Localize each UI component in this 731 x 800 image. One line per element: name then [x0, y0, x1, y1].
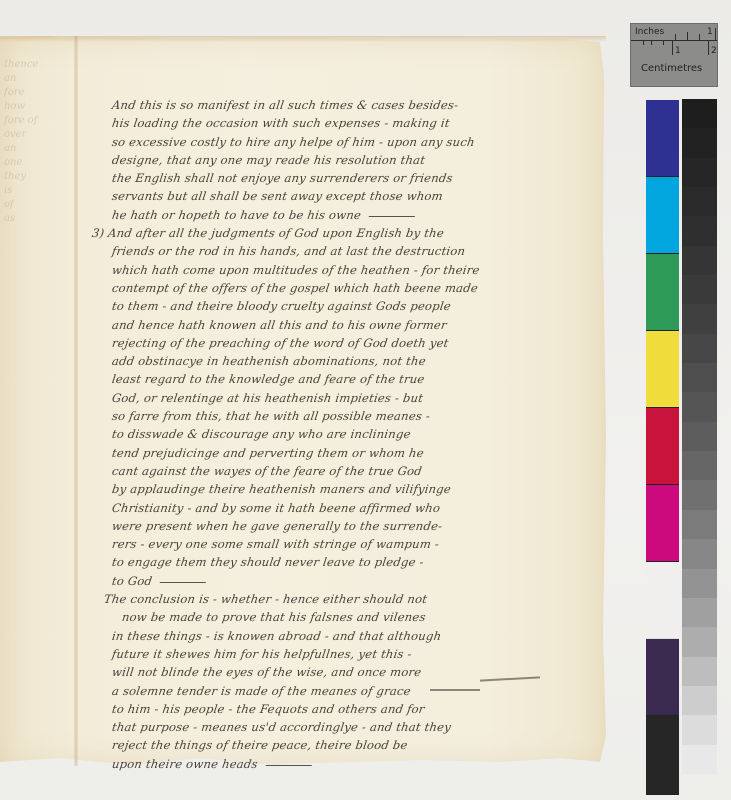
ruler-cm-2: 2 [711, 46, 717, 56]
text-line: Christianity - and by some it hath beene… [111, 499, 609, 517]
text-line: God, or relentinge at his heathenish imp… [111, 389, 609, 407]
color-patch-red [646, 408, 679, 485]
text-line: by applaudinge theire heathenish maners … [111, 480, 609, 498]
paper-edge-stain [0, 36, 606, 42]
ghost-text-line: an [4, 142, 70, 156]
grayscale-step [682, 187, 717, 216]
text-line: upon theire owne heads [111, 755, 609, 773]
ghost-text-line: one [4, 156, 70, 170]
text-line: tend prejudicinge and perverting them or… [111, 444, 609, 462]
ghost-text-line: an [4, 72, 70, 86]
color-patch-yellow [646, 331, 679, 408]
color-patch-cyan [646, 177, 679, 254]
grayscale-step [682, 216, 717, 245]
grayscale-step [682, 745, 717, 774]
grayscale-step [682, 539, 717, 568]
color-patch-white [646, 562, 679, 639]
text-line: to disswade & discourage any who are inc… [111, 425, 609, 443]
grayscale-step [682, 451, 717, 480]
text-line: to God [111, 572, 609, 590]
grayscale-step [682, 627, 717, 656]
grayscale-step [682, 392, 717, 421]
ruler-inch-tick-label: 1 [707, 27, 713, 37]
text-line: future it shewes him for his helpfullnes… [111, 645, 609, 663]
text-line: cant against the wayes of the feare of t… [111, 462, 609, 480]
ruler-tick [663, 41, 664, 45]
grayscale-step [682, 158, 717, 187]
ruler-tick [715, 28, 716, 40]
text-line: designe, that any one may reade his reso… [111, 151, 609, 169]
manuscript-text: And this is so manifest in all such time… [112, 96, 607, 773]
ghost-text-line: they [4, 170, 70, 184]
left-page-bleedthrough: thenceanforehowfore ofoveranonetheyisofa… [4, 58, 70, 278]
text-line: to engage them they should never leave t… [111, 553, 609, 571]
color-patch-magenta [646, 485, 679, 562]
grayscale-step [682, 480, 717, 509]
text-line: were present when he gave generally to t… [111, 517, 609, 535]
text-line: he hath or hopeth to have to be his owne [111, 206, 609, 224]
closing-flourish [430, 689, 480, 691]
color-patch-column [646, 100, 679, 795]
grayscale-step [682, 422, 717, 451]
text-line: now be made to prove that his falsnes an… [111, 608, 609, 626]
ruler-tick [675, 34, 676, 40]
ruler-tick [699, 34, 700, 40]
grayscale-step [682, 686, 717, 715]
grayscale-step [682, 363, 717, 392]
text-line: a solemne tender is made of the meanes o… [111, 682, 609, 700]
text-line: so excessive costly to hire any helpe of… [111, 133, 609, 151]
text-line: to him - his people - the Fequots and ot… [111, 700, 609, 718]
grayscale-step [682, 99, 717, 128]
text-line: And this is so manifest in all such time… [111, 96, 609, 114]
text-line: in these things - is knowen abroad - and… [111, 627, 609, 645]
text-line: and hence hath knowen all this and to hi… [111, 316, 609, 334]
ghost-text-line: as [4, 212, 70, 226]
text-line: contempt of the offers of the gospel whi… [111, 279, 609, 297]
grayscale-step [682, 657, 717, 686]
ruler-tick [708, 41, 709, 55]
paragraph-3-start: 3) And after all the judgments of God up… [91, 224, 609, 242]
grayscale-step [682, 275, 717, 304]
ruler-inches-label: Inches [635, 27, 664, 37]
ghost-text-line: over [4, 128, 70, 142]
text-line: rejecting of the preaching of the word o… [111, 334, 609, 352]
text-line: which hath come upon multitudes of the h… [111, 261, 609, 279]
ruler-tick [687, 32, 688, 40]
ghost-text-line: fore of [4, 114, 70, 128]
text-line: the English shall not enjoye any surrend… [111, 169, 609, 187]
color-patch-green [646, 254, 679, 331]
grayscale-step [682, 304, 717, 333]
grayscale-step [682, 598, 717, 627]
text-line: servants but all shall be sent away exce… [111, 187, 609, 205]
color-patch-purple [646, 639, 679, 716]
paper-fold-gutter [74, 36, 78, 766]
grayscale-step [682, 128, 717, 157]
ruler-centimetres-label: Centimetres [641, 64, 702, 74]
grayscale-step [682, 334, 717, 363]
ruler-tick [672, 41, 673, 55]
grayscale-step [682, 569, 717, 598]
measurement-ruler: Inches 1 1 2 Centimetres [630, 23, 718, 87]
text-line: so farre from this, that he with all pos… [111, 407, 609, 425]
ruler-cm-1: 1 [675, 46, 681, 56]
ghost-text-line: is [4, 184, 70, 198]
conclusion-start: The conclusion is - whether - hence eith… [103, 590, 609, 608]
text-line: that purpose - meanes us'd accordinglye … [111, 718, 609, 736]
text-line: add obstinacye in heathenish abomination… [111, 352, 609, 370]
grayscale-strip [682, 99, 717, 774]
color-patch-blue [646, 100, 679, 177]
color-patch-black [646, 716, 679, 795]
ghost-text-line: fore [4, 86, 70, 100]
text-line: friends or the rod in his hands, and at … [111, 242, 609, 260]
ghost-text-line: thence [4, 58, 70, 72]
ruler-tick [643, 41, 644, 45]
ghost-text-line: of [4, 198, 70, 212]
text-line: his loading the occasion with such expen… [111, 114, 609, 132]
grayscale-step [682, 246, 717, 275]
text-line: to them - and theire bloody cruelty agai… [111, 297, 609, 315]
text-line: reject the things of theire peace, their… [111, 736, 609, 754]
grayscale-step [682, 715, 717, 744]
ruler-tick [651, 41, 652, 45]
text-line: least regard to the knowledge and feare … [111, 370, 609, 388]
ghost-text-line: how [4, 100, 70, 114]
text-line: rers - every one some small with stringe… [111, 535, 609, 553]
grayscale-step [682, 510, 717, 539]
